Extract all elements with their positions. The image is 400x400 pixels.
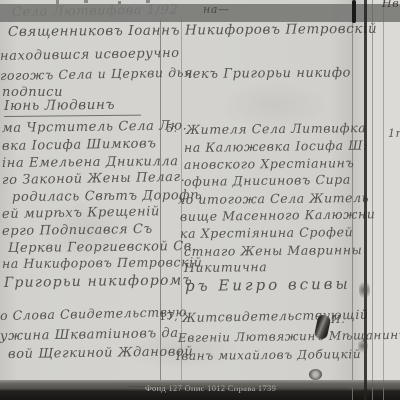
handwriting-line: хо итогожа Села Житель [178,192,369,207]
handwriting-line: Священниковъ Іоаннъ Никифоровъ Петровскі… [8,23,377,40]
handwriting-line: ужина Шкватіиновъ да [0,327,179,343]
handwriting-fragment: Нв [382,0,399,9]
handwriting-line: на Калюжевка Іосифа Ш: [184,139,368,154]
archival-scan-page: Села Лютвифова 1/92 на— Нв Священниковъ … [0,0,400,400]
handwriting-line: ръ Еигро всивы [185,277,351,294]
handwriting-line: ановского Хрестіанинъ [184,157,354,171]
handwriting-line: ерго Подписався Съ [2,223,153,238]
handwriting-line: чекъ Григорьи никифо [184,67,351,81]
handwriting-line: ка Хрестіянина Срофей [180,226,353,240]
bottom-watermark-bar: Фонд 127 Опис 1012 Справа 1739 [0,380,400,400]
handwriting-line: іна Емельена Дникилла [2,155,179,170]
top-watermark-bar [0,4,400,22]
handwriting-line: вой Щегкиной Ждановой [8,345,194,361]
handwriting-line: Церкви Георгиевской Св. [8,240,197,255]
handwriting-mark: на— [203,4,230,15]
rule-through-bar [372,388,373,400]
ink-ring-stain [309,369,322,380]
handwriting-line: Жителя Села Литвифка [186,122,366,136]
handwriting-line: офина Днисиновъ Сира [184,174,351,189]
handwriting-line: находившся исвоеручно [0,47,180,63]
handwriting-line: вище Масенного Калюжни [180,208,376,223]
fold-smudge [358,338,368,354]
next-page-rule [372,0,373,400]
rule-through-bar [383,388,384,400]
fold-smudge [359,280,370,300]
ink-streak [352,0,356,23]
handwriting-line: Житсвидетельствующій [182,309,369,325]
handwriting-line: вка Іосифа Шимковъ [2,137,157,153]
handwriting-line: стнаго Жены Мавринны [184,244,363,258]
handwriting-line: гогожъ Села и Церкви дья [0,67,193,83]
cropped-letter-tops [84,0,88,3]
next-page-fragment: 1т [388,128,400,139]
next-page-rule-2 [383,0,384,400]
handwriting-line: ма Чрститель Села Лю. [2,119,188,135]
rule-through-bar [352,388,353,400]
handwriting-line: Григорьи никифоромъ [4,273,193,290]
month-heading: Іюнь Людвинъ [4,99,141,117]
handwriting-line: Іванъ михайловъ Добицкій [176,348,361,362]
handwriting-line: ей мирѣхъ Крещеній [2,205,160,221]
handwriting-line: Никитична [184,261,267,274]
handwriting-line: родилась Свѣтъ Дорофѣ [12,189,202,204]
handwriting-line: на Никифоровъ Петровскій [2,256,203,270]
handwriting-line: го Законой Жены Пелаг. [2,171,186,187]
